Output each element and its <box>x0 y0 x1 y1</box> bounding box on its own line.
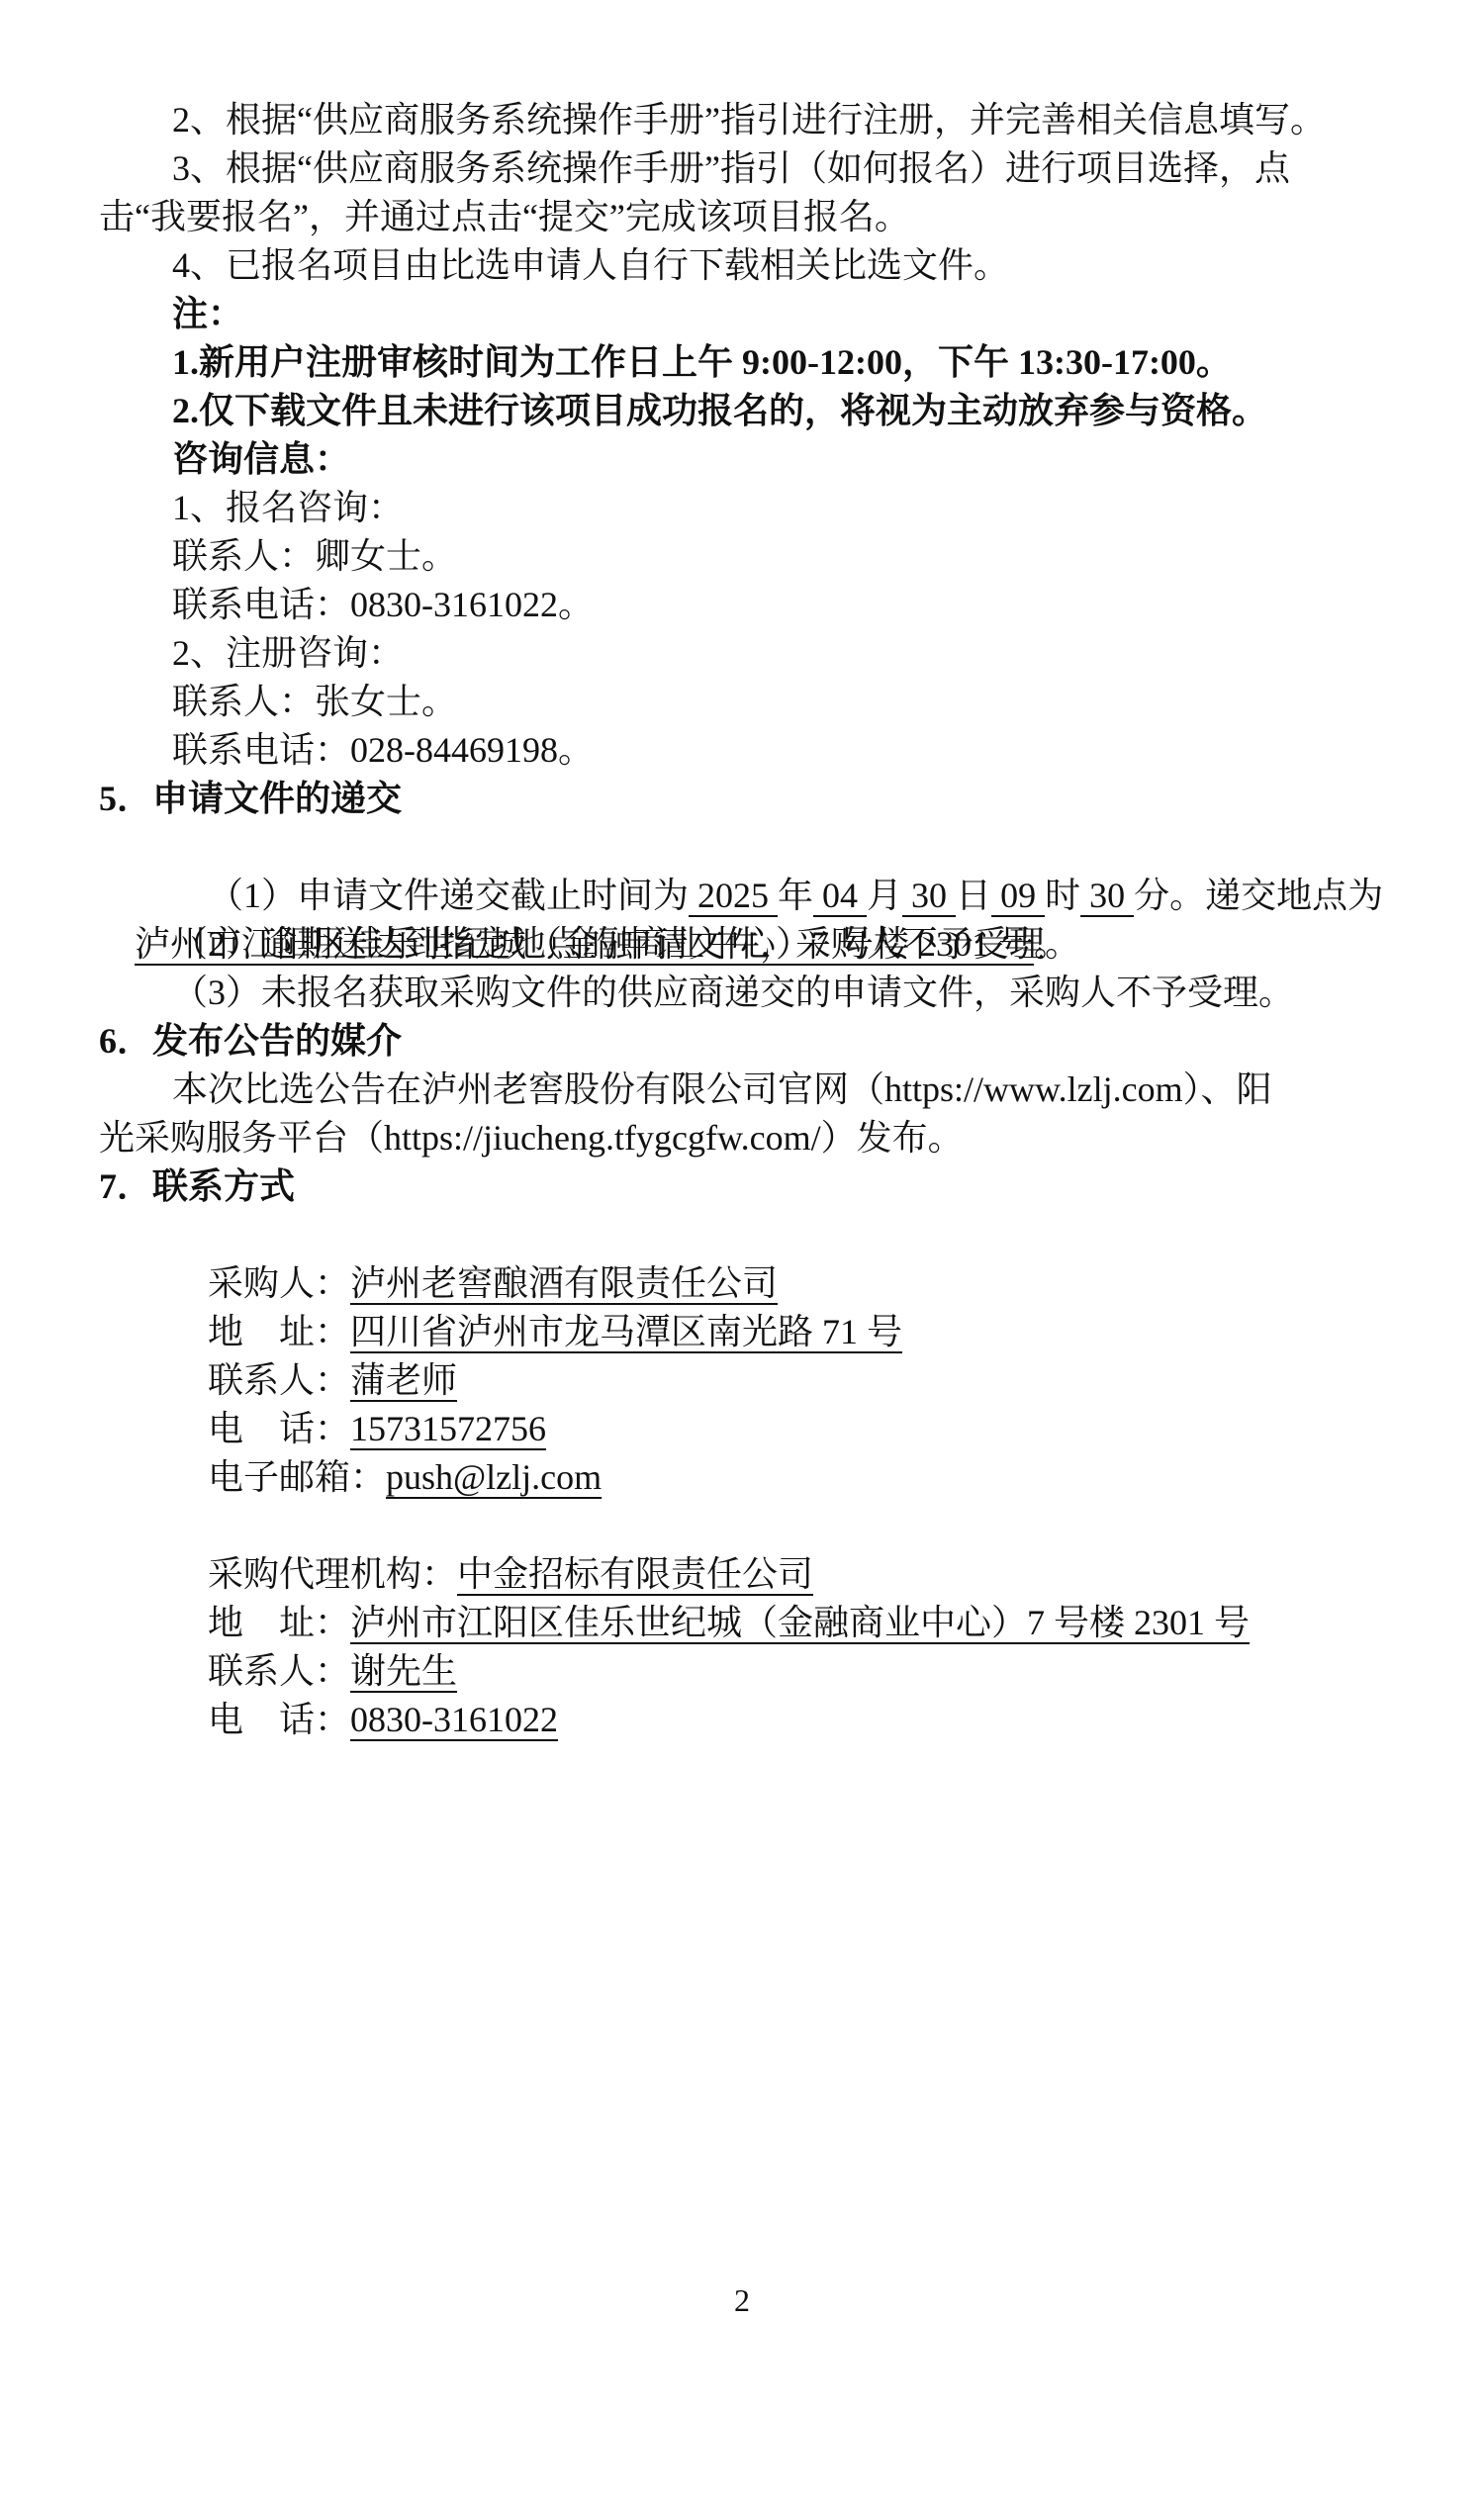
purchaser-contact: 蒲老师 <box>350 1360 457 1400</box>
purchaser-email-label: 电子邮箱： <box>208 1457 386 1497</box>
section-7-heading: 7．联系方式 <box>99 1162 1385 1211</box>
registration-step-3-continued: 击“我要报名”，并通过点击“提交”完成该项目报名。 <box>99 193 1385 241</box>
agency-address: 泸州市江阳区佳乐世纪城（金融商业中心）7 号楼 2301 号 <box>350 1603 1250 1642</box>
late-submission-rule: （2）逾期送达到指定地点的申请文件，采购人不予受理。 <box>99 920 1385 969</box>
purchaser-address: 四川省泸州市龙马潭区南光路 71 号 <box>350 1312 902 1351</box>
purchaser-line: 采购人：泸州老窖酿酒有限责任公司 <box>99 1211 1385 1259</box>
register-consult-phone: 联系电话：028-84469198。 <box>99 726 1385 775</box>
registration-step-4: 4、已报名项目由比选申请人自行下载相关比选文件。 <box>99 241 1385 290</box>
note-label: 注： <box>99 290 1385 338</box>
note-item-2: 2.仅下载文件且未进行该项目成功报名的，将视为主动放弃参与资格。 <box>99 387 1385 435</box>
year-unit: 年 <box>778 876 813 915</box>
deadline-text: （1）申请文件递交截止时间为 <box>208 876 689 915</box>
deadline-place-lead: 分。递交地点为 <box>1134 876 1383 915</box>
agency-phone-label: 电 话： <box>208 1700 350 1739</box>
section-6-heading: 6．发布公告的媒介 <box>99 1017 1385 1066</box>
day-unit: 日 <box>956 876 991 915</box>
page-number: 2 <box>0 2280 1484 2320</box>
agency-address-label: 地 址： <box>208 1603 350 1642</box>
hour-unit: 时 <box>1045 876 1080 915</box>
deadline-hour: 09 <box>991 876 1045 915</box>
deadline-year: 2025 <box>689 876 778 915</box>
agency-line: 采购代理机构：中金招标有限责任公司 <box>99 1502 1385 1550</box>
purchaser-name: 泸州老窖酿酒有限责任公司 <box>350 1263 778 1303</box>
agency-phone: 0830-3161022 <box>350 1700 558 1739</box>
month-unit: 月 <box>867 876 902 915</box>
register-consult-contact: 联系人：张女士。 <box>99 678 1385 726</box>
document-page-body: 2、根据“供应商服务系统操作手册”指引进行注册，并完善相关信息填写。 3、根据“… <box>99 96 1385 1696</box>
deadline-day: 30 <box>902 876 956 915</box>
announcement-media-line-1: 本次比选公告在泸州老窖股份有限公司官网（https://www.lzlj.com… <box>99 1066 1385 1114</box>
purchaser-address-label: 地 址： <box>208 1312 350 1351</box>
unregistered-supplier-rule: （3）未报名获取采购文件的供应商递交的申请文件，采购人不予受理。 <box>99 969 1385 1017</box>
announcement-media-line-2: 光采购服务平台（https://jiucheng.tfygcgfw.com/）发… <box>99 1114 1385 1162</box>
purchaser-label: 采购人： <box>208 1263 350 1303</box>
purchaser-contact-label: 联系人： <box>208 1360 350 1400</box>
purchaser-phone: 15731572756 <box>350 1409 546 1448</box>
consult-info-label: 咨询信息： <box>99 435 1385 484</box>
deadline-minute: 30 <box>1080 876 1134 915</box>
section-5-heading: 5．申请文件的递交 <box>99 775 1385 823</box>
signup-consult-contact: 联系人：卿女士。 <box>99 532 1385 581</box>
submission-deadline-line: （1）申请文件递交截止时间为 2025 年 04 月 30 日 09 时 30 … <box>99 823 1385 872</box>
agency-name: 中金招标有限责任公司 <box>457 1554 813 1594</box>
note-item-1: 1.新用户注册审核时间为工作日上午 9:00-12:00，下午 13:30-17… <box>99 338 1385 387</box>
agency-contact: 谢先生 <box>350 1651 457 1691</box>
register-consult-label: 2、注册咨询： <box>99 629 1385 678</box>
registration-step-2: 2、根据“供应商服务系统操作手册”指引进行注册，并完善相关信息填写。 <box>99 96 1385 144</box>
signup-consult-label: 1、报名咨询： <box>99 484 1385 532</box>
agency-contact-label: 联系人： <box>208 1651 350 1691</box>
registration-step-3: 3、根据“供应商服务系统操作手册”指引（如何报名）进行项目选择，点 <box>99 144 1385 193</box>
signup-consult-phone: 联系电话：0830-3161022。 <box>99 581 1385 629</box>
agency-label: 采购代理机构： <box>208 1554 457 1594</box>
deadline-month: 04 <box>813 876 867 915</box>
purchaser-phone-label: 电 话： <box>208 1409 350 1448</box>
purchaser-email: push@lzlj.com <box>386 1457 602 1497</box>
